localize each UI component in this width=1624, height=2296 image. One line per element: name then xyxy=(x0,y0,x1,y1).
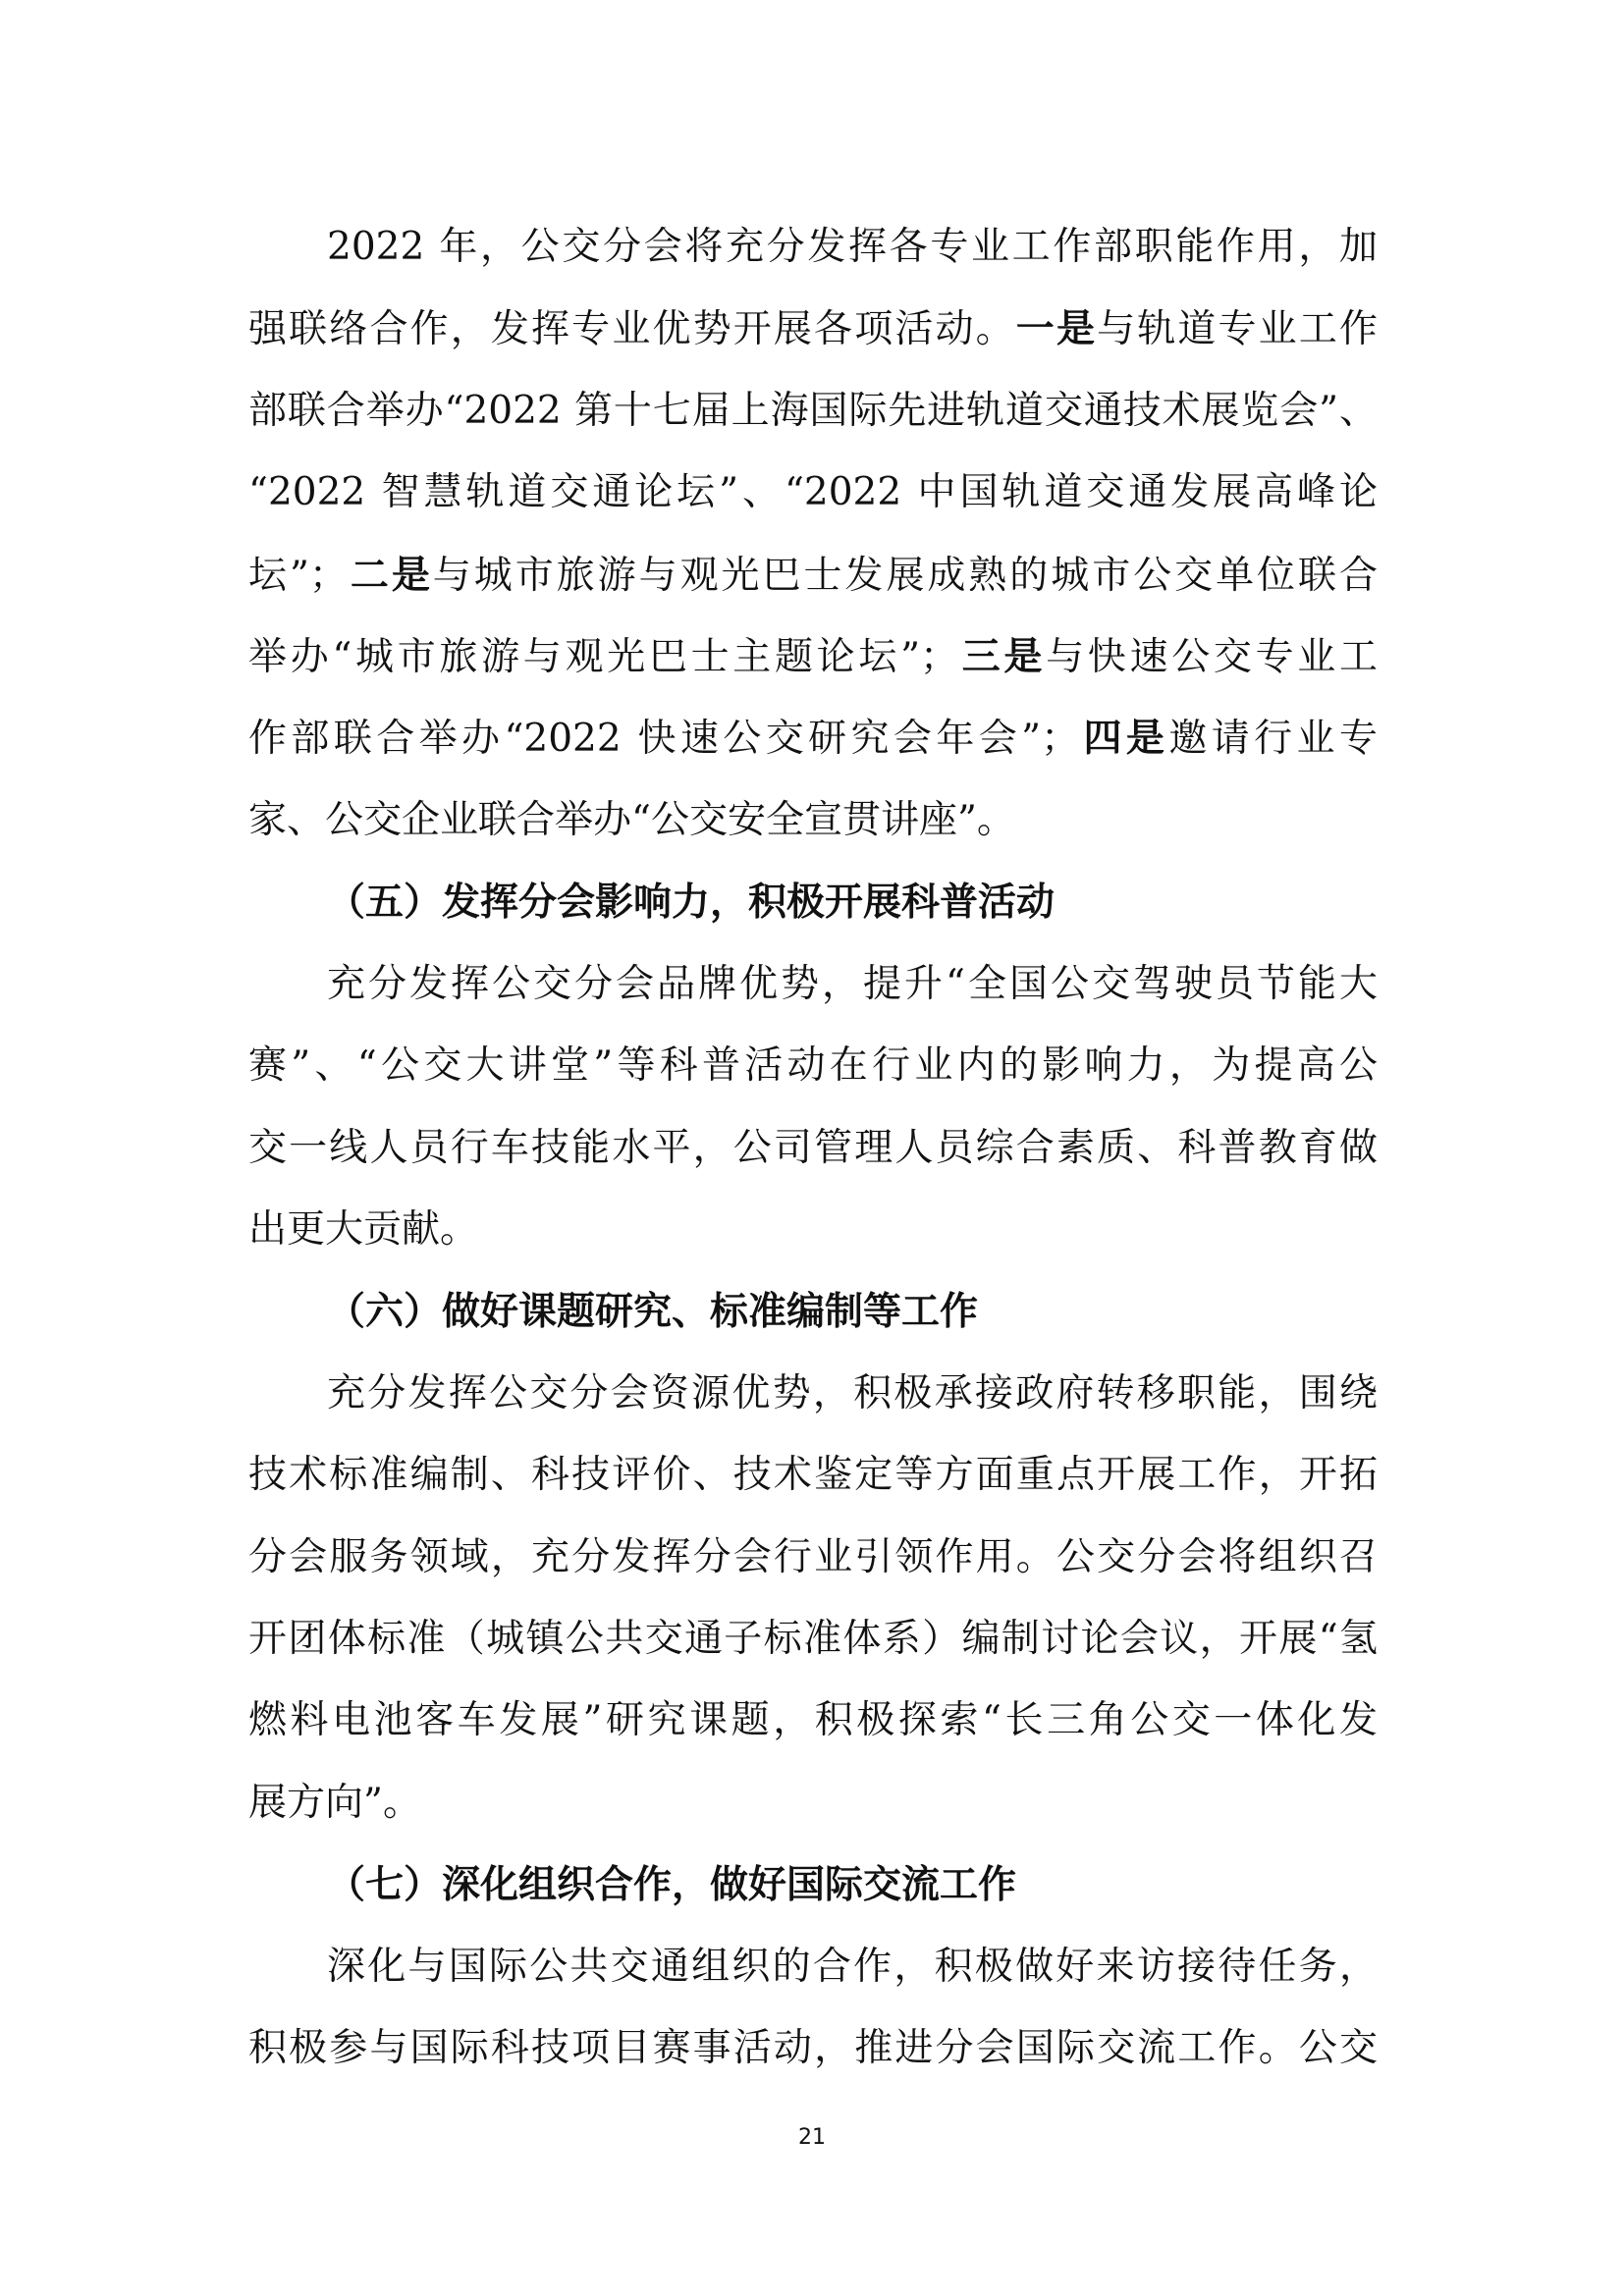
paragraph-3-line-5: 燃料电池客车发展”研究课题，积极探索“长三角公交一体化发 xyxy=(248,1691,1378,1750)
text-run: 燃料电池客车发展”研究课题，积极探索“长三角公交一体化发 xyxy=(248,1698,1378,1742)
paragraph-1-line-4: “2022 智慧轨道交通论坛”、“2022 中国轨道交通发展高峰论 xyxy=(248,463,1378,522)
paragraph-3-line-4: 开团体标准（城镇公共交通子标准体系）编制讨论会议，开展“氢 xyxy=(248,1610,1378,1669)
text-run: 展方向”。 xyxy=(248,1781,421,1825)
paragraph-1-line-8: 家、公交企业联合举办“公交安全宣贯讲座”。 xyxy=(248,791,1378,850)
text-run: 举办“城市旅游与观光巴士主题论坛”； xyxy=(248,635,958,679)
text-run: 家、公交企业联合举办“公交安全宣贯讲座”。 xyxy=(248,798,1015,842)
paragraph-1-line-7: 作部联合举办“2022 快速公交研究会年会”；四是邀请行业专 xyxy=(248,709,1378,768)
emphasis-second: 二是 xyxy=(348,553,433,598)
text-run: 充分发挥公交分会品牌优势，提升“全国公交驾驶员节能大 xyxy=(327,962,1378,1006)
section-heading-7: （七）深化组织合作，做好国际交流工作 xyxy=(327,1855,1378,1914)
text-run: 与轨道专业工作 xyxy=(1097,307,1378,351)
text-run: 邀请行业专 xyxy=(1168,717,1378,761)
text-run: 强联络合作，发挥专业优势开展各项活动。 xyxy=(248,307,1016,351)
text-run: 与快速公交专业工 xyxy=(1046,635,1378,679)
section-heading-5: （五）发挥分会影响力，积极开展科普活动 xyxy=(327,873,1378,932)
paragraph-2-line-1: 充分发挥公交分会品牌优势，提升“全国公交驾驶员节能大 xyxy=(327,955,1378,1014)
text-run: 坛”； xyxy=(248,554,348,598)
text-run: 充分发挥公交分会资源优势，积极承接政府转移职能，围绕 xyxy=(327,1371,1378,1415)
paragraph-1-line-5: 坛”；二是与城市旅游与观光巴士发展成熟的城市公交单位联合 xyxy=(248,546,1378,605)
text-run: 深化与国际公共交通组织的合作，积极做好来访接待任务， xyxy=(327,1945,1378,1989)
text-run: 分会服务领域，充分发挥分会行业引领作用。公交分会将组织召 xyxy=(248,1535,1378,1579)
paragraph-3-line-2: 技术标准编制、科技评价、技术鉴定等方面重点开展工作，开拓 xyxy=(248,1446,1378,1505)
paragraph-3-line-6: 展方向”。 xyxy=(248,1774,1378,1833)
document-page: 2022 年，公交分会将充分发挥各专业工作部职能作用，加 强联络合作，发挥专业优… xyxy=(0,0,1624,2296)
text-run: 积极参与国际科技项目赛事活动，推进分会国际交流工作。公交 xyxy=(248,2026,1378,2070)
text-run: 赛”、“公交大讲堂”等科普活动在行业内的影响力，为提高公 xyxy=(248,1043,1378,1088)
paragraph-2-line-2: 赛”、“公交大讲堂”等科普活动在行业内的影响力，为提高公 xyxy=(248,1037,1378,1095)
paragraph-1-line-3: 部联合举办“2022 第十七届上海国际先进轨道交通技术展览会”、 xyxy=(248,382,1378,441)
page-number: 21 xyxy=(0,2125,1624,2150)
paragraph-3-line-3: 分会服务领域，充分发挥分会行业引领作用。公交分会将组织召 xyxy=(248,1528,1378,1587)
paragraph-4-line-1: 深化与国际公共交通组织的合作，积极做好来访接待任务， xyxy=(327,1938,1378,1997)
emphasis-third: 三是 xyxy=(958,634,1046,679)
section-heading-6: （六）做好课题研究、标准编制等工作 xyxy=(327,1282,1378,1341)
text-run: 部联合举办“2022 第十七届上海国际先进轨道交通技术展览会”、 xyxy=(248,389,1378,433)
paragraph-1-line-6: 举办“城市旅游与观光巴士主题论坛”；三是与快速公交专业工 xyxy=(248,627,1378,686)
text-run: 技术标准编制、科技评价、技术鉴定等方面重点开展工作，开拓 xyxy=(248,1453,1378,1497)
text-run: 交一线人员行车技能水平，公司管理人员综合素质、科普教育做 xyxy=(248,1126,1378,1170)
paragraph-3-line-1: 充分发挥公交分会资源优势，积极承接政府转移职能，围绕 xyxy=(327,1364,1378,1423)
emphasis-fourth: 四是 xyxy=(1079,716,1168,761)
text-run: 开团体标准（城镇公共交通子标准体系）编制讨论会议，开展“氢 xyxy=(248,1617,1378,1661)
text-run: “2022 智慧轨道交通论坛”、“2022 中国轨道交通发展高峰论 xyxy=(248,470,1378,514)
paragraph-2-line-4: 出更大贡献。 xyxy=(248,1201,1378,1259)
paragraph-2-line-3: 交一线人员行车技能水平，公司管理人员综合素质、科普教育做 xyxy=(248,1119,1378,1178)
emphasis-first: 一是 xyxy=(1016,306,1097,351)
text-run: 2022 年，公交分会将充分发挥各专业工作部职能作用，加 xyxy=(327,225,1378,269)
paragraph-1-line-1: 2022 年，公交分会将充分发挥各专业工作部职能作用，加 xyxy=(327,218,1378,277)
paragraph-4-line-2: 积极参与国际科技项目赛事活动，推进分会国际交流工作。公交 xyxy=(248,2019,1378,2078)
text-run: 出更大贡献。 xyxy=(248,1207,478,1252)
text-run: 作部联合举办“2022 快速公交研究会年会”； xyxy=(248,717,1079,761)
paragraph-1-line-2: 强联络合作，发挥专业优势开展各项活动。一是与轨道专业工作 xyxy=(248,299,1378,358)
text-run: 与城市旅游与观光巴士发展成熟的城市公交单位联合 xyxy=(433,554,1378,598)
